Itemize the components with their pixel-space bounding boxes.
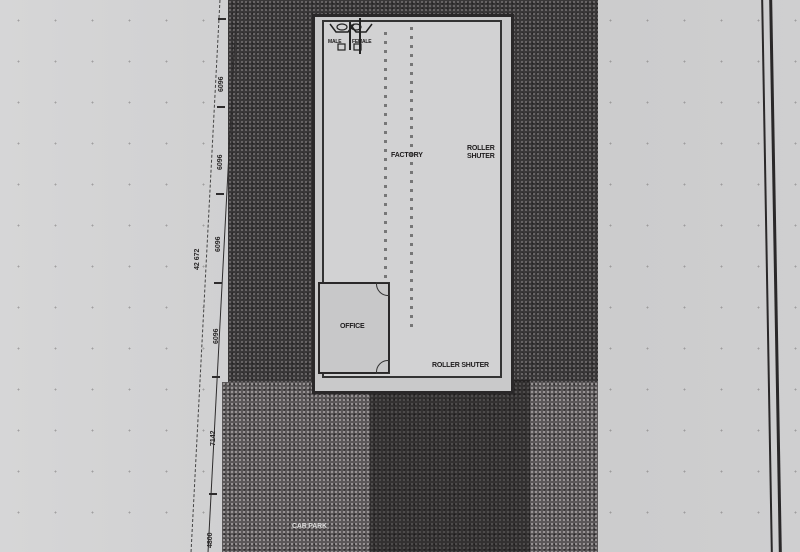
office-door-bottom: [376, 360, 390, 374]
dim-tick: [217, 106, 225, 108]
toilet-female-label: FEMALE: [352, 38, 371, 46]
toilet-block: MALE FEMALE: [326, 18, 378, 54]
toilet-male-label: MALE: [328, 38, 341, 46]
dim-segment-3: 6096: [215, 236, 222, 252]
dim-tick: [216, 193, 224, 195]
car-park-label: CAR PARK: [292, 523, 327, 531]
dim-segment-2: 6096: [217, 154, 224, 170]
dim-tick: [218, 18, 226, 20]
roller-shutter-front-label: ROLLER SHUTER: [432, 362, 489, 370]
dim-segment-5: 7142: [210, 430, 217, 446]
driveway-shading: [370, 380, 530, 552]
dim-tick: [209, 493, 217, 495]
toilet-fixtures-icon: [326, 18, 378, 54]
dim-segment-1: 6096: [218, 76, 225, 92]
office-label: OFFICE: [340, 323, 364, 331]
overall-dimension: 42 672: [194, 249, 201, 270]
dim-segment-4: 6096: [213, 328, 220, 344]
dim-tick: [214, 282, 222, 284]
office-door-top: [376, 282, 390, 296]
dim-tick: [212, 376, 220, 378]
dim-segment-6: 4800: [207, 532, 214, 548]
factory-label: FACTORY: [391, 152, 423, 160]
roller-shutter-side-label: ROLLER SHUTER: [467, 145, 501, 161]
